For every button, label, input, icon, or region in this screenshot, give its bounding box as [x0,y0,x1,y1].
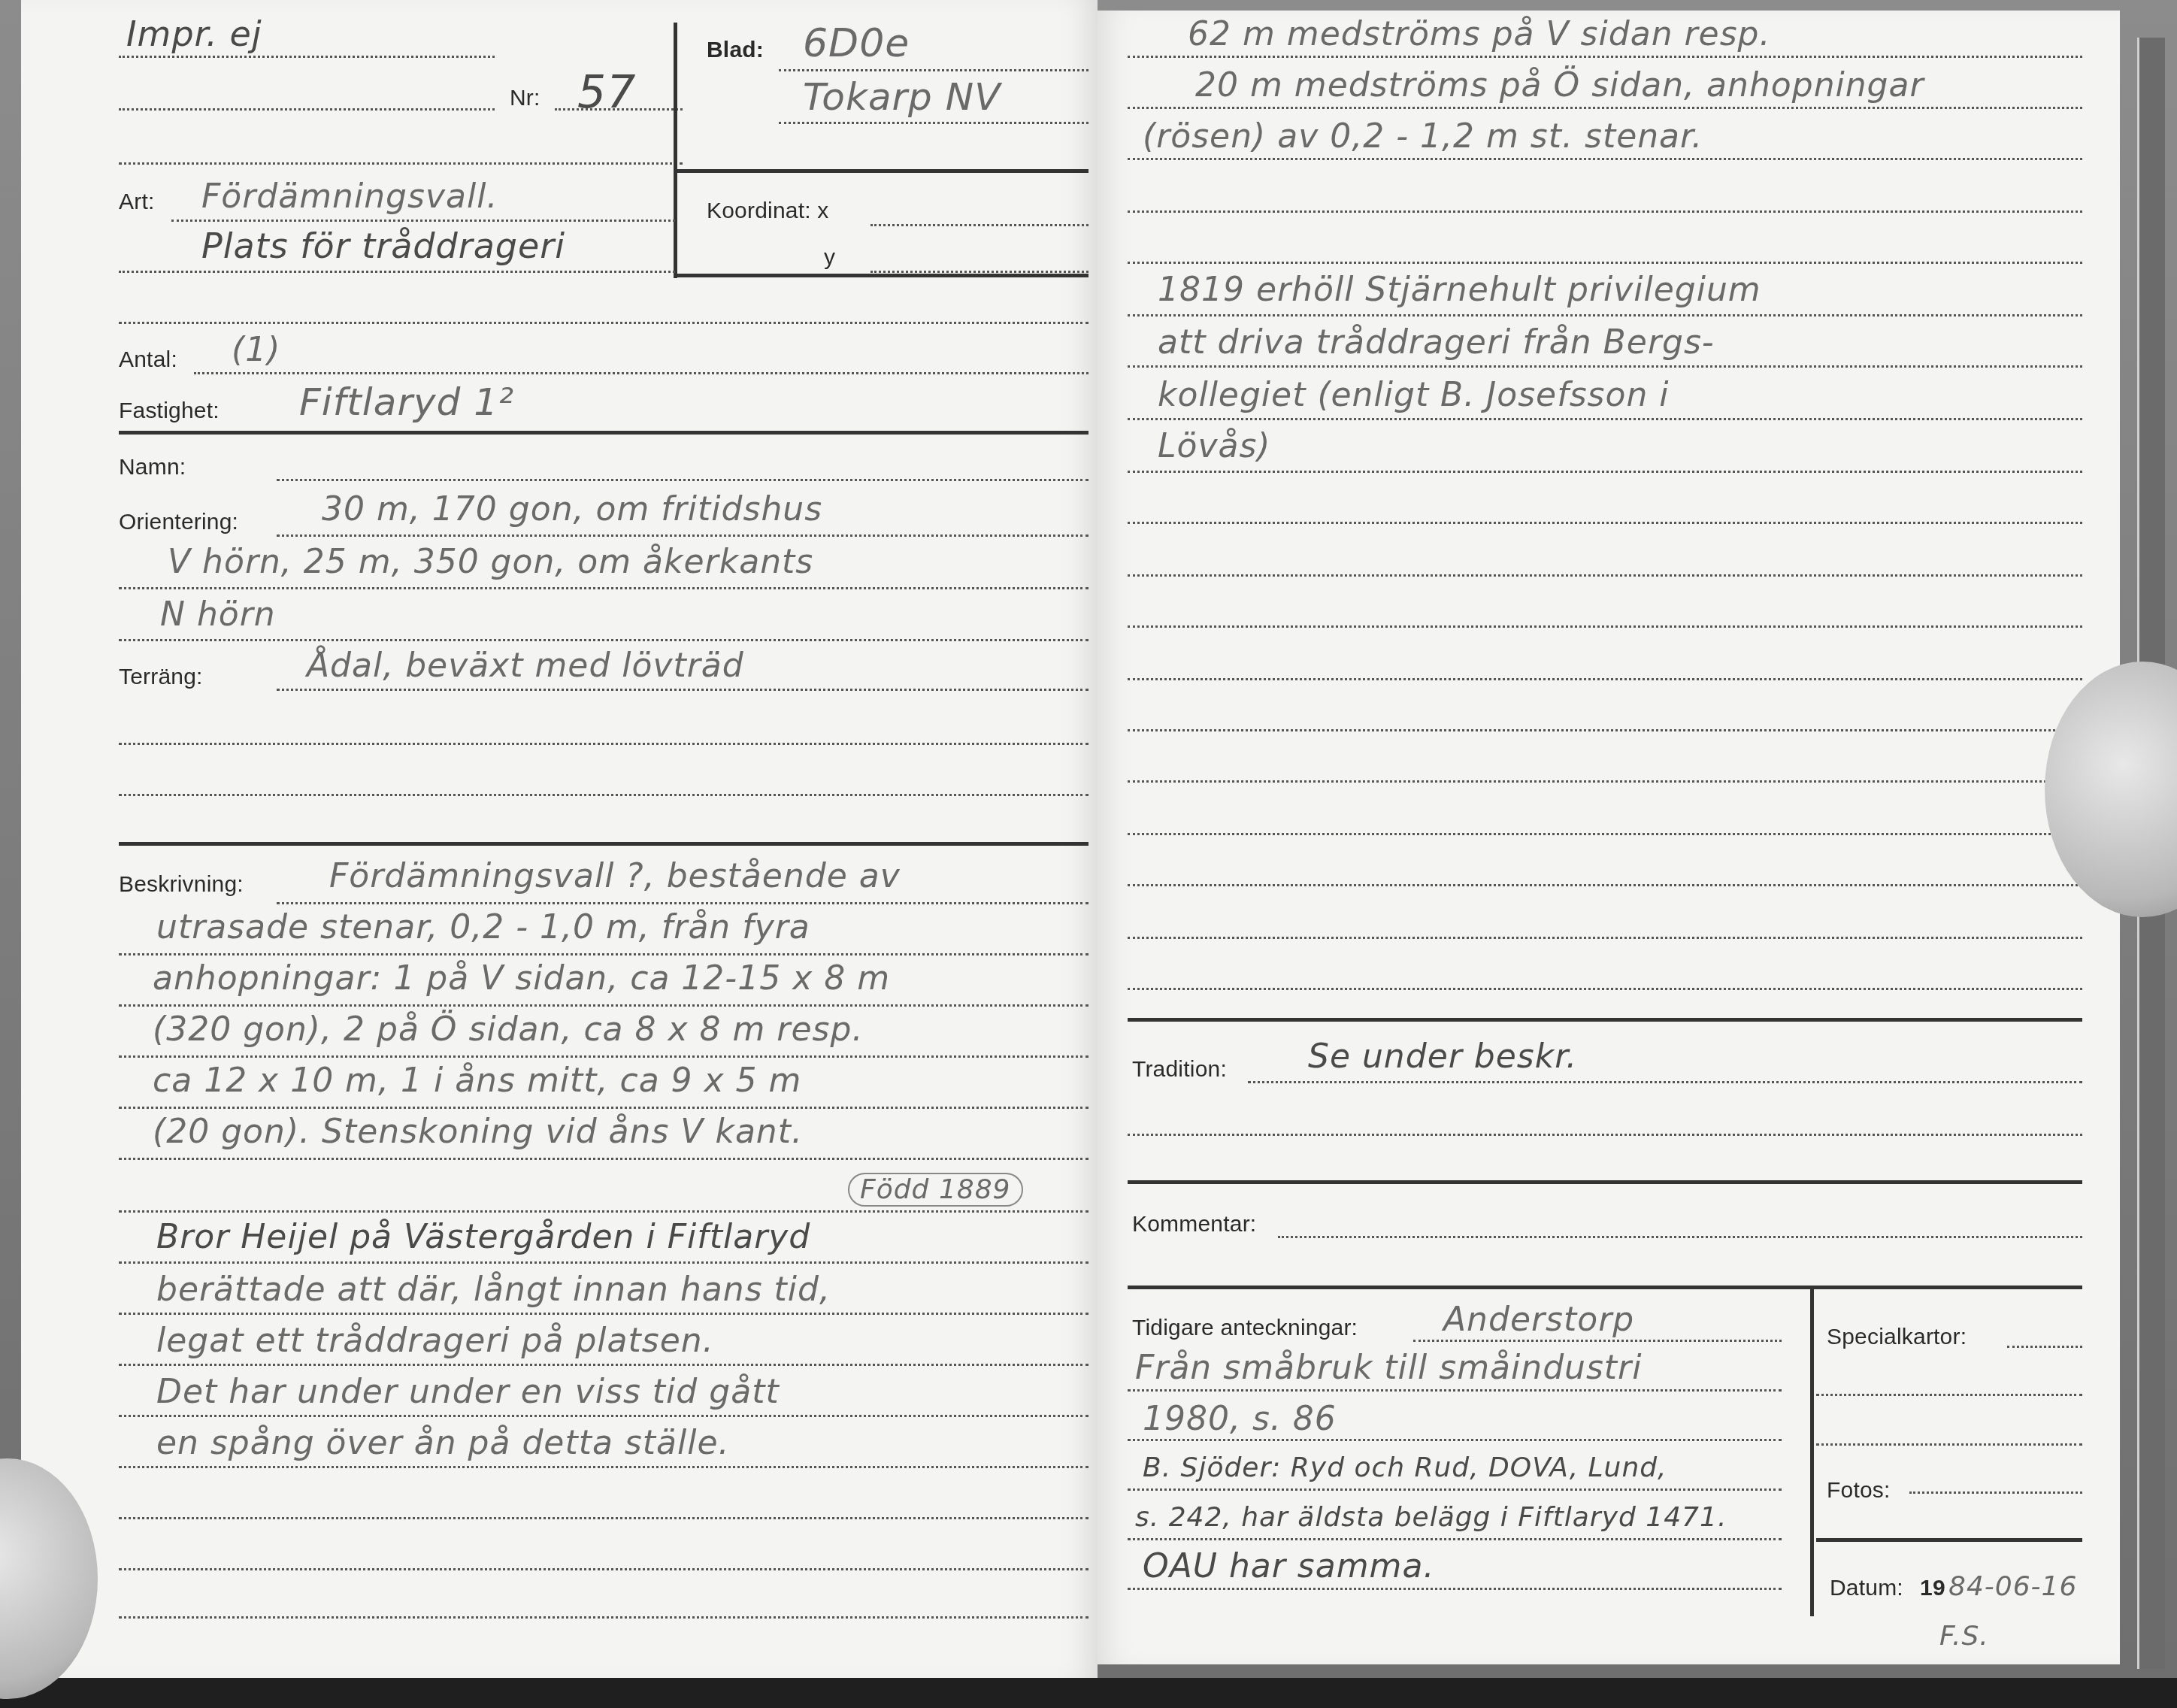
fastighet-label: Fastighet: [119,398,220,424]
fotos-label: Fotos: [1827,1478,1891,1504]
tradition-field-2[interactable] [1128,1134,2082,1136]
section-rule [119,431,1088,435]
namn-field[interactable] [277,479,1088,481]
terrang-label: Terräng: [119,665,203,690]
blad-label: Blad: [707,38,764,63]
koordinat-y-label: y [824,245,835,271]
specialkartor-field[interactable] [2007,1346,2082,1348]
dotted-line [1128,833,2082,835]
koordinat-y-field[interactable] [870,271,1088,273]
continuation-line-3: (rösen) av 0,2 - 1,2 m st. stenar. [1143,117,1703,156]
dotted-line [1128,210,2082,213]
continuation-line-2: 20 m medströms på Ö sidan, anhopningar [1195,66,1924,104]
dotted-line [1128,884,2082,886]
beskrivning-field-2[interactable] [119,953,1088,955]
antal-field[interactable] [194,372,1088,374]
tidigare-line-1: Från småbruk till småindustri [1135,1349,1642,1387]
beskrivning-label: Beskrivning: [119,872,244,898]
history-line-4: Lövås) [1158,427,1271,465]
terrang-field-3[interactable] [119,794,1088,796]
dotted-line [119,1313,1088,1315]
dotted-line [119,162,683,165]
art-label: Art: [119,189,154,215]
tradition-line-1: Bror Heijel på Västergården i Fiftlaryd [156,1218,810,1256]
history-line-2: att driva tråddrageri från Bergs- [1158,323,1715,362]
dotted-line [119,1364,1088,1366]
tradition-line-4: Det har under under en viss tid gått [156,1373,780,1411]
koordinat-x-label: Koordinat: x [707,198,829,224]
dotted-line [119,56,495,58]
dotted-line [1128,937,2082,939]
datum-label: Datum: [1830,1576,1903,1601]
tidigare-value: Anderstorp [1443,1301,1634,1339]
tradition-field[interactable] [1248,1081,2082,1083]
antal-value: (1) [232,331,280,369]
dotted-line [1128,780,2082,783]
dotted-line [1128,314,2082,316]
terrang-value: Ådal, beväxt med lövträd [307,647,744,685]
tidigare-label: Tidigare anteckningar: [1132,1316,1358,1341]
koordinat-x-field[interactable] [870,224,1088,226]
art-value-2: Plats för tråddrageri [201,226,565,266]
blad-field-2[interactable] [779,122,1088,124]
datum-value: 84-06-16 [1948,1571,2077,1602]
beskrivning-field-4[interactable] [119,1055,1088,1058]
dotted-line [119,1466,1088,1468]
dotted-line [1128,729,2082,731]
header-divider [674,23,677,278]
dotted-line [119,322,1088,324]
dotted-line [1128,262,2082,264]
orientering-field-3[interactable] [119,639,1088,641]
header-note: Impr. ej [126,14,262,54]
born-note: Född 1889 [848,1173,1023,1207]
tradition-line-5: en spång över ån på detta ställe. [156,1424,729,1462]
dotted-line [119,108,495,111]
art-field-2[interactable] [119,271,675,273]
terrang-field-2[interactable] [119,743,1088,745]
beskrivning-line-5: ca 12 x 10 m, 1 i åns mitt, ca 9 x 5 m [153,1061,801,1100]
tidigare-line-2: 1980, s. 86 [1143,1400,1337,1438]
right-page: 62 m medströms på V sidan resp. 20 m med… [1098,11,2120,1664]
dotted-line [1128,365,2082,368]
history-line-1: 1819 erhöll Stjärnehult privilegium [1158,271,1761,309]
dotted-line [1128,471,2082,473]
nr-label: Nr: [510,86,540,111]
specialkartor-field-2[interactable] [1816,1394,2082,1396]
beskrivning-field-5[interactable] [119,1107,1088,1109]
dotted-line [1128,678,2082,680]
beskrivning-line-2: utrasade stenar, 0,2 - 1,0 m, från fyra [156,908,810,946]
beskrivning-line-4: (320 gon), 2 på Ö sidan, ca 8 x 8 m resp… [153,1010,863,1049]
beskrivning-field[interactable] [277,902,1088,904]
art-value: Fördämningsvall. [201,177,498,216]
tradition-value: Se under beskr. [1308,1037,1577,1076]
tidigare-line-3: B. Sjöder: Ryd och Rud, DOVA, Lund, [1143,1452,1667,1483]
dotted-line [1128,56,2082,58]
beskrivning-field-6[interactable] [119,1158,1088,1160]
tidigare-field-4[interactable] [1128,1488,1782,1491]
blad-value: 6D0e [803,21,910,66]
dotted-line [119,1568,1088,1570]
blad-field[interactable] [779,69,1088,71]
dotted-line [119,1415,1088,1417]
tidigare-field-2[interactable] [1128,1389,1782,1392]
datum-prefix: 19 [1920,1576,1945,1601]
tradition-line-3: legat ett tråddrageri på platsen. [156,1322,714,1360]
dotted-line [1128,625,2082,628]
orientering-label: Orientering: [119,510,238,535]
dotted-line [119,1517,1088,1519]
dotted-line [1128,574,2082,577]
dotted-line [1128,418,2082,420]
section-rule [677,169,1088,173]
tidigare-field-5[interactable] [1128,1538,1782,1540]
cover-bottom-edge [0,1678,2177,1708]
kommentar-field[interactable] [1278,1236,2082,1238]
tidigare-line-4: s. 242, har äldsta belägg i Fiftlaryd 14… [1135,1502,1727,1533]
nr-value: 57 [577,66,636,119]
beskrivning-line-1: Fördämningsvall ?, bestående av [329,857,901,895]
specialkartor-field-3[interactable] [1816,1443,2082,1446]
section-rule [1128,1286,2082,1289]
dotted-line [119,1616,1088,1619]
side-column-divider [1810,1286,1814,1616]
fotos-field[interactable] [1909,1491,2082,1494]
history-line-3: kollegiet (enligt B. Josefsson i [1158,376,1670,414]
nr-field[interactable] [555,108,683,111]
section-rule [119,842,1088,846]
specialkartor-label: Specialkartor: [1827,1325,1967,1350]
left-page: Impr. ej Nr: 57 Blad: 6D0e Tokarp NV Art… [21,0,1098,1678]
tradition-label: Tradition: [1132,1057,1227,1083]
dotted-line [1128,107,2082,109]
antal-label: Antal: [119,347,177,373]
blad-value-2: Tokarp NV [803,75,1001,119]
tradition-line-2: berättade att där, långt innan hans tid, [156,1270,831,1309]
orientering-field[interactable] [277,535,1088,537]
beskrivning-field-3[interactable] [119,1004,1088,1007]
namn-label: Namn: [119,455,186,480]
dotted-line [119,1210,1088,1213]
dotted-line [1128,158,2082,160]
tidigare-line-5: OAU har samma. [1143,1547,1434,1585]
art-field[interactable] [171,220,675,222]
section-rule [1816,1538,2082,1542]
fastighet-value: Fiftlaryd 1² [299,380,514,424]
signature: F.S. [1939,1621,1989,1652]
tidigare-field[interactable] [1413,1340,1782,1342]
tidigare-field-3[interactable] [1128,1439,1782,1441]
kommentar-label: Kommentar: [1132,1212,1256,1237]
dotted-line [1128,522,2082,524]
section-rule [1128,1180,2082,1184]
tidigare-field-6[interactable] [1128,1588,1782,1590]
orientering-line-2: V hörn, 25 m, 350 gon, om åkerkants [168,543,813,581]
dotted-line [1128,988,2082,990]
terrang-field[interactable] [277,689,1088,691]
section-rule [677,274,1088,277]
orientering-line-3: N hörn [160,595,276,634]
section-rule [1128,1018,2082,1022]
continuation-line-1: 62 m medströms på V sidan resp. [1188,15,1771,53]
orientering-line-1: 30 m, 170 gon, om fritidshus [322,490,822,528]
orientering-field-2[interactable] [119,587,1088,589]
dotted-line [119,1261,1088,1264]
beskrivning-line-6: (20 gon). Stenskoning vid åns V kant. [153,1113,803,1151]
beskrivning-line-3: anhopningar: 1 på V sidan, ca 12-15 x 8 … [153,959,890,998]
